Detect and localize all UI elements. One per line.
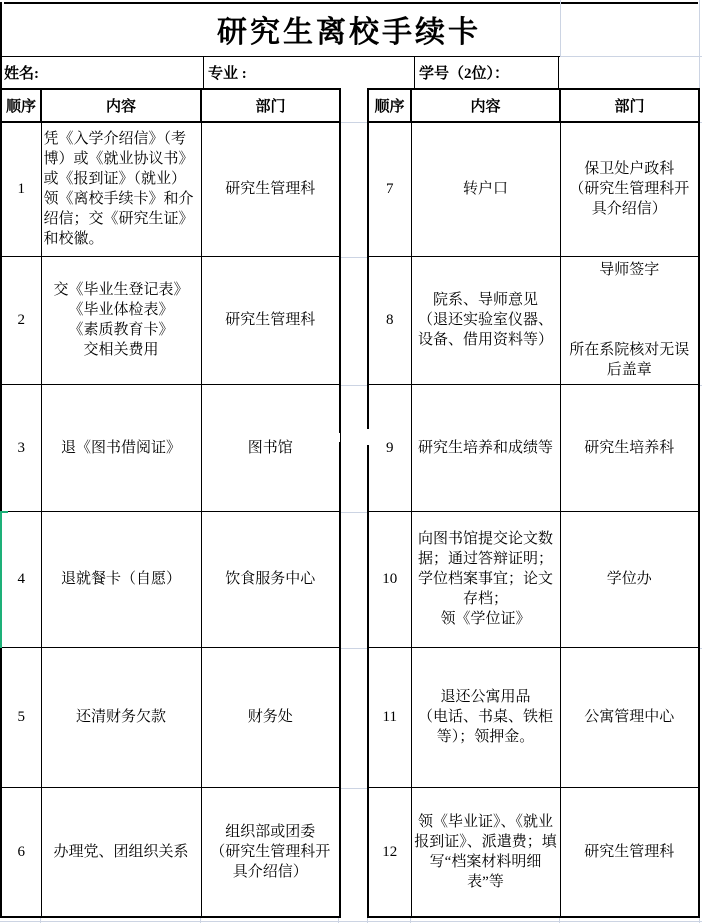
dept-cell: 研究生培养科 [560,384,699,511]
gridline [338,918,339,923]
seq-cell: 10 [368,511,411,647]
dept-cell: 研究生管理科 [201,256,340,384]
content-cell: 退还公寓用品 （电话、书桌、铁柜等）；领押金。 [411,647,560,787]
header-row: 顺序 内容 部门 [1,89,340,122]
dept-cell: 学位办 [560,511,699,647]
table-row: 4 退就餐卡（自愿） 饮食服务中心 [1,511,340,647]
table-row: 12 领《毕业证》、《就业报到证》、派遣费；填写“档案材料明细表”等 研究生管理… [368,787,699,917]
right-procedure-table: 顺序 内容 部门 7 转户口 保卫处户政科 （研究生管理科开具介绍信） 8 院系… [367,88,700,918]
content-cell: 领《毕业证》、《就业报到证》、派遣费；填写“档案材料明细表”等 [411,787,560,917]
content-cell: 研究生培养和成绩等 [411,384,560,511]
seq-cell: 2 [1,256,41,384]
table-row: 7 转户口 保卫处户政科 （研究生管理科开具介绍信） [368,122,699,256]
dept-cell: 导师签字 所在系院核对无误后盖章 [560,256,699,384]
gridline [339,257,367,258]
content-cell: 还清财务欠款 [41,647,201,787]
col-header-content: 内容 [41,89,201,122]
gridline [410,918,411,923]
table-row: 10 向图书馆提交论文数据；通过答辩证明；学位档案事宜；论文存档； 领《学位证》… [368,511,699,647]
seq-cell: 11 [368,647,411,787]
table-row: 6 办理党、团组织关系 组织部或团委 （研究生管理科开具介绍信） [1,787,340,917]
table-row: 1 凭《入学介绍信》（考博）或《就业协议书》或《报到证》（就业）领《离校手续卡》… [1,122,340,256]
gridline [339,385,367,386]
seq-cell: 3 [1,384,41,511]
col-header-content: 内容 [411,89,560,122]
col-header-dept: 部门 [560,89,699,122]
gridline [339,122,367,123]
dept-cell: 组织部或团委 （研究生管理科开具介绍信） [201,787,340,917]
major-field-label: 专业 : [204,57,415,88]
dept-cell: 公寓管理中心 [560,647,699,787]
gridline [0,921,702,922]
seq-cell: 4 [1,511,41,647]
col-header-seq: 顺序 [368,89,411,122]
content-cell: 向图书馆提交论文数据；通过答辩证明；学位档案事宜；论文存档； 领《学位证》 [411,511,560,647]
info-row: 姓名: 专业 : 学号（2位）： [0,57,702,88]
gridline [339,648,367,649]
header-row: 顺序 内容 部门 [368,89,699,122]
table-row: 3 退《图书借阅证》 图书馆 [1,384,340,511]
left-procedure-table: 顺序 内容 部门 1 凭《入学介绍信》（考博）或《就业协议书》或《报到证》（就业… [0,88,341,918]
col-header-dept: 部门 [201,89,340,122]
col-header-seq: 顺序 [1,89,41,122]
border-break-artifact [337,433,340,442]
leave-card-sheet: 研究生离校手续卡 姓名: 专业 : 学号（2位）： 顺序 内容 部门 1 凭《入… [0,0,702,923]
table-row: 5 还清财务欠款 财务处 [1,647,340,787]
selection-mark [0,512,2,648]
gridline [339,788,367,789]
dept-cell: 图书馆 [201,384,340,511]
gridline [339,512,367,513]
seq-cell: 1 [1,122,41,256]
selection-mark [0,511,8,513]
dept-cell: 研究生管理科 [560,787,699,917]
gridline [200,918,201,923]
content-cell: 凭《入学介绍信》（考博）或《就业协议书》或《报到证》（就业）领《离校手续卡》和介… [41,122,201,256]
seq-cell: 8 [368,256,411,384]
table-row: 2 交《毕业生登记表》 《毕业体检表》 《素质教育卡》 交相关费用 研究生管理科 [1,256,340,384]
content-cell: 院系、导师意见 （退还实验室仪器、设备、借用资料等） [411,256,560,384]
dept-cell: 保卫处户政科 （研究生管理科开具介绍信） [560,122,699,256]
table-row: 8 院系、导师意见 （退还实验室仪器、设备、借用资料等） 导师签字 所在系院核对… [368,256,699,384]
seq-cell: 6 [1,787,41,917]
seq-cell: 9 [368,384,411,511]
student-id-field-label: 学号（2位）： [415,57,559,88]
gridline [367,918,368,923]
dept-cell: 财务处 [201,647,340,787]
table-row: 11 退还公寓用品 （电话、书桌、铁柜等）；领押金。 公寓管理中心 [368,647,699,787]
content-cell: 交《毕业生登记表》 《毕业体检表》 《素质教育卡》 交相关费用 [41,256,201,384]
dept-cell: 研究生管理科 [201,122,340,256]
content-cell: 转户口 [411,122,560,256]
page-title: 研究生离校手续卡 [0,0,698,57]
content-cell: 退就餐卡（自愿） [41,511,201,647]
content-cell: 退《图书借阅证》 [41,384,201,511]
info-cell-empty [559,57,698,88]
seq-cell: 12 [368,787,411,917]
seq-cell: 7 [368,122,411,256]
seq-cell: 5 [1,647,41,787]
dept-cell: 饮食服务中心 [201,511,340,647]
gridline [559,918,560,923]
name-field-label: 姓名: [0,57,204,88]
content-cell: 办理党、团组织关系 [41,787,201,917]
border-break-artifact [366,429,369,445]
table-row: 9 研究生培养和成绩等 研究生培养科 [368,384,699,511]
gridline [40,918,41,923]
